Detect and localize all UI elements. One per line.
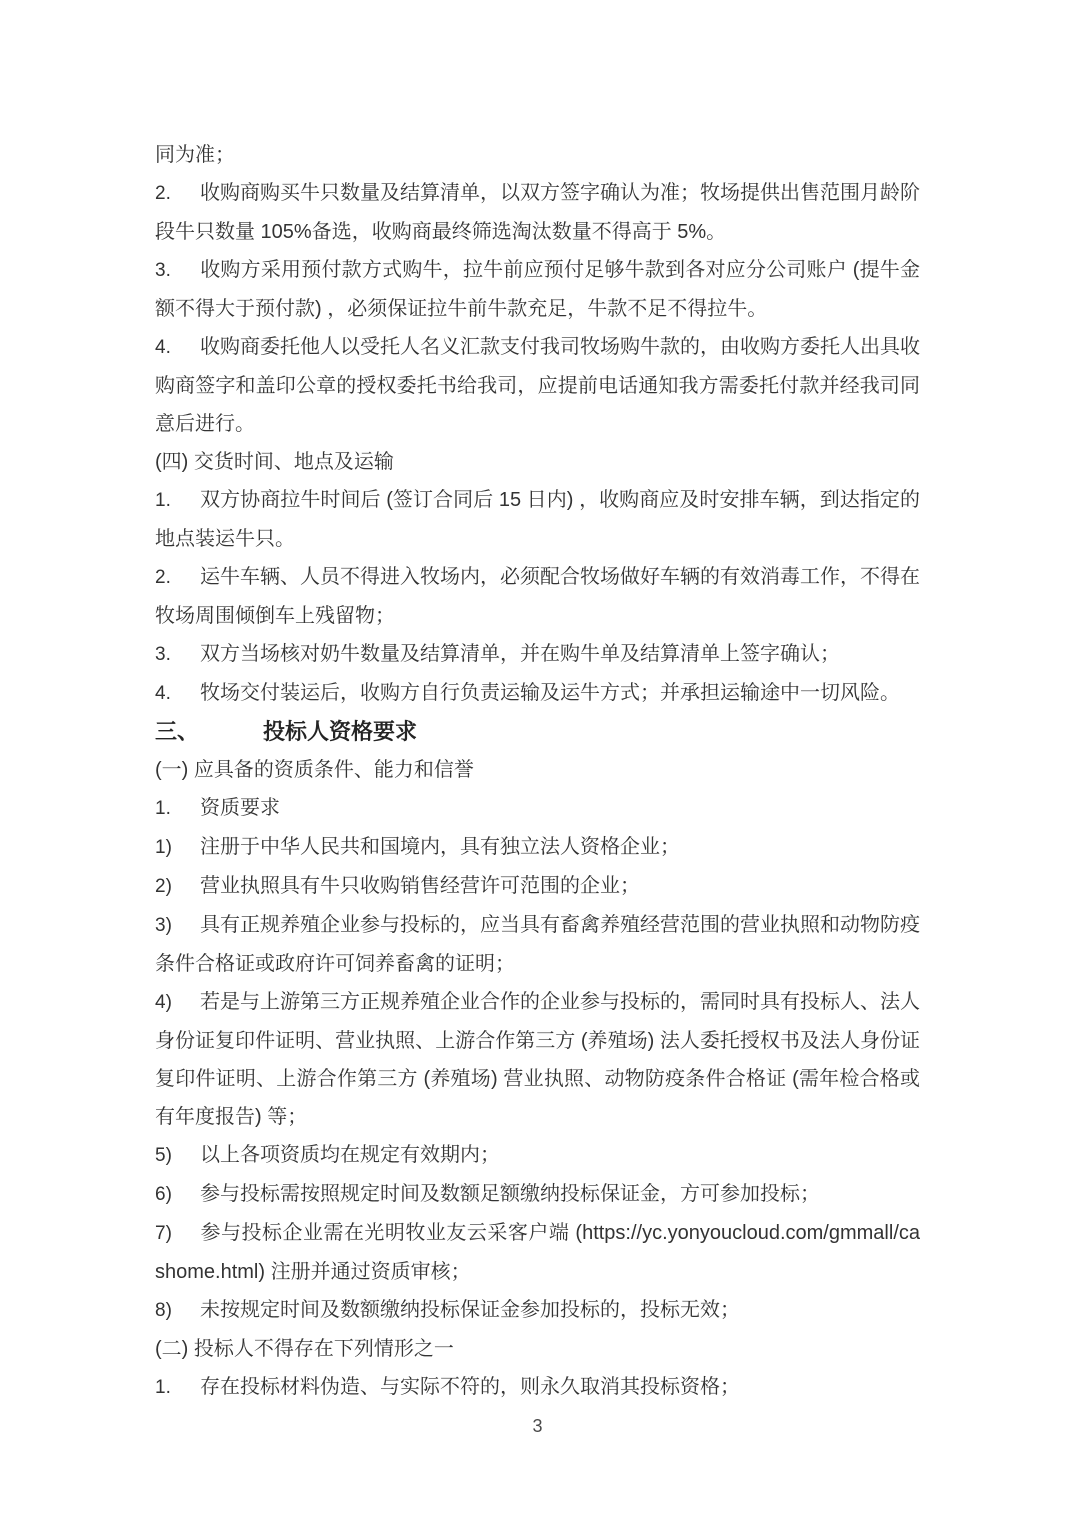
clause-text: 以上各项资质均在规定有效期内； xyxy=(200,1144,500,1166)
paragraph-continuation: 同为准； xyxy=(155,136,920,174)
clause-number: 2. xyxy=(155,559,200,597)
sub-header-text: (一) 应具备的资质条件、能力和信誉 xyxy=(155,759,474,781)
clause-number: 5) xyxy=(155,1137,200,1175)
clause-number: 7) xyxy=(155,1215,200,1253)
sub-header-text: (四) 交货时间、地点及运输 xyxy=(155,451,394,473)
clause-item: 3)具有正规养殖企业参与投标的，应当具有畜禽养殖经营范围的营业执照和动物防疫条件… xyxy=(155,906,920,983)
clause-number: 6) xyxy=(155,1176,200,1214)
clause-item: 1)注册于中华人民共和国境内，具有独立法人资格企业； xyxy=(155,828,920,867)
clause-text: 双方当场核对奶牛数量及结算清单，并在购牛单及结算清单上签字确认； xyxy=(200,643,840,665)
clause-item: 5)以上各项资质均在规定有效期内； xyxy=(155,1136,920,1175)
section-sub-header-delivery: (四) 交货时间、地点及运输 xyxy=(155,443,920,481)
clause-number: 8) xyxy=(155,1292,200,1330)
clause-text: 双方协商拉牛时间后 (签订合同后 15 日内) ，收购商应及时安排车辆，到达指定… xyxy=(155,489,920,550)
clause-number: 3. xyxy=(155,252,200,290)
clause-item: 2.收购商购买牛只数量及结算清单，以双方签字确认为准；牧场提供出售范围月龄阶段牛… xyxy=(155,174,920,251)
clause-number: 1. xyxy=(155,1369,200,1407)
clause-item: 2)营业执照具有牛只收购销售经营许可范围的企业； xyxy=(155,867,920,906)
clause-number: 2) xyxy=(155,868,200,906)
document-page: 同为准； 2.收购商购买牛只数量及结算清单，以双方签字确认为准；牧场提供出售范围… xyxy=(0,0,1080,1527)
page-number: 3 xyxy=(155,1407,920,1445)
clause-number: 3) xyxy=(155,907,200,945)
section-sub-header-prohibited: (二) 投标人不得存在下列情形之一 xyxy=(155,1330,920,1368)
section-heading-text: 投标人资格要求 xyxy=(263,719,417,744)
sub-header-text: (二) 投标人不得存在下列情形之一 xyxy=(155,1338,454,1360)
clause-number: 4) xyxy=(155,984,200,1022)
clause-text: 收购商委托他人以受托人名义汇款支付我司牧场购牛款的，由收购方委托人出具收购商签字… xyxy=(155,336,920,435)
clause-text: 若是与上游第三方正规养殖企业合作的企业参与投标的，需同时具有投标人、法人身份证复… xyxy=(155,991,920,1128)
clause-text: 牧场交付装运后，收购方自行负责运输及运牛方式；并承担运输途中一切风险。 xyxy=(200,682,900,704)
clause-item: 2.运牛车辆、人员不得进入牧场内，必须配合牧场做好车辆的有效消毒工作，不得在牧场… xyxy=(155,558,920,635)
clause-item: 3.双方当场核对奶牛数量及结算清单，并在购牛单及结算清单上签字确认； xyxy=(155,635,920,674)
section-heading-bidder-qualification: 三、投标人资格要求 xyxy=(155,713,920,751)
clause-text: 注册于中华人民共和国境内，具有独立法人资格企业； xyxy=(200,836,680,858)
clause-text: 收购方采用预付款方式购牛，拉牛前应预付足够牛款到各对应分公司账户 (提牛金额不得… xyxy=(155,259,920,320)
clause-text: 参与投标需按照规定时间及数额足额缴纳投标保证金，方可参加投标； xyxy=(200,1183,820,1205)
clause-text: 收购商购买牛只数量及结算清单，以双方签字确认为准；牧场提供出售范围月龄阶段牛只数… xyxy=(155,182,920,243)
clause-number: 3. xyxy=(155,636,200,674)
clause-text: 资质要求 xyxy=(200,797,280,819)
clause-text: 运牛车辆、人员不得进入牧场内，必须配合牧场做好车辆的有效消毒工作，不得在牧场周围… xyxy=(155,566,920,627)
clause-number: 1. xyxy=(155,790,200,828)
clause-item: 1.双方协商拉牛时间后 (签订合同后 15 日内) ，收购商应及时安排车辆，到达… xyxy=(155,481,920,558)
section-heading-number: 三、 xyxy=(155,713,263,751)
clause-text: 营业执照具有牛只收购销售经营许可范围的企业； xyxy=(200,875,640,897)
clause-item: 1.资质要求 xyxy=(155,789,920,828)
clause-item: 6)参与投标需按照规定时间及数额足额缴纳投标保证金，方可参加投标； xyxy=(155,1175,920,1214)
clause-item: 1.存在投标材料伪造、与实际不符的，则永久取消其投标资格； xyxy=(155,1368,920,1407)
clause-text: 同为准； xyxy=(155,144,235,166)
clause-number: 2. xyxy=(155,175,200,213)
clause-number: 4. xyxy=(155,675,200,713)
clause-number: 1) xyxy=(155,829,200,867)
clause-item: 4.收购商委托他人以受托人名义汇款支付我司牧场购牛款的，由收购方委托人出具收购商… xyxy=(155,328,920,443)
document-body: 同为准； 2.收购商购买牛只数量及结算清单，以双方签字确认为准；牧场提供出售范围… xyxy=(155,136,920,1445)
clause-text: 具有正规养殖企业参与投标的，应当具有畜禽养殖经营范围的营业执照和动物防疫条件合格… xyxy=(155,914,920,975)
clause-text: 参与投标企业需在光明牧业友云采客户端 (https://yc.yonyouclo… xyxy=(155,1222,920,1283)
clause-item: 8)未按规定时间及数额缴纳投标保证金参加投标的，投标无效； xyxy=(155,1291,920,1330)
clause-item: 3.收购方采用预付款方式购牛，拉牛前应预付足够牛款到各对应分公司账户 (提牛金额… xyxy=(155,251,920,328)
clause-text: 未按规定时间及数额缴纳投标保证金参加投标的，投标无效； xyxy=(200,1299,740,1321)
clause-item: 4)若是与上游第三方正规养殖企业合作的企业参与投标的，需同时具有投标人、法人身份… xyxy=(155,983,920,1136)
clause-item: 4.牧场交付装运后，收购方自行负责运输及运牛方式；并承担运输途中一切风险。 xyxy=(155,674,920,713)
clause-item-registration-url: 7)参与投标企业需在光明牧业友云采客户端 (https://yc.yonyouc… xyxy=(155,1214,920,1291)
clause-number: 1. xyxy=(155,482,200,520)
clause-text: 存在投标材料伪造、与实际不符的，则永久取消其投标资格； xyxy=(200,1376,740,1398)
section-sub-header-qualifications: (一) 应具备的资质条件、能力和信誉 xyxy=(155,751,920,789)
clause-number: 4. xyxy=(155,329,200,367)
